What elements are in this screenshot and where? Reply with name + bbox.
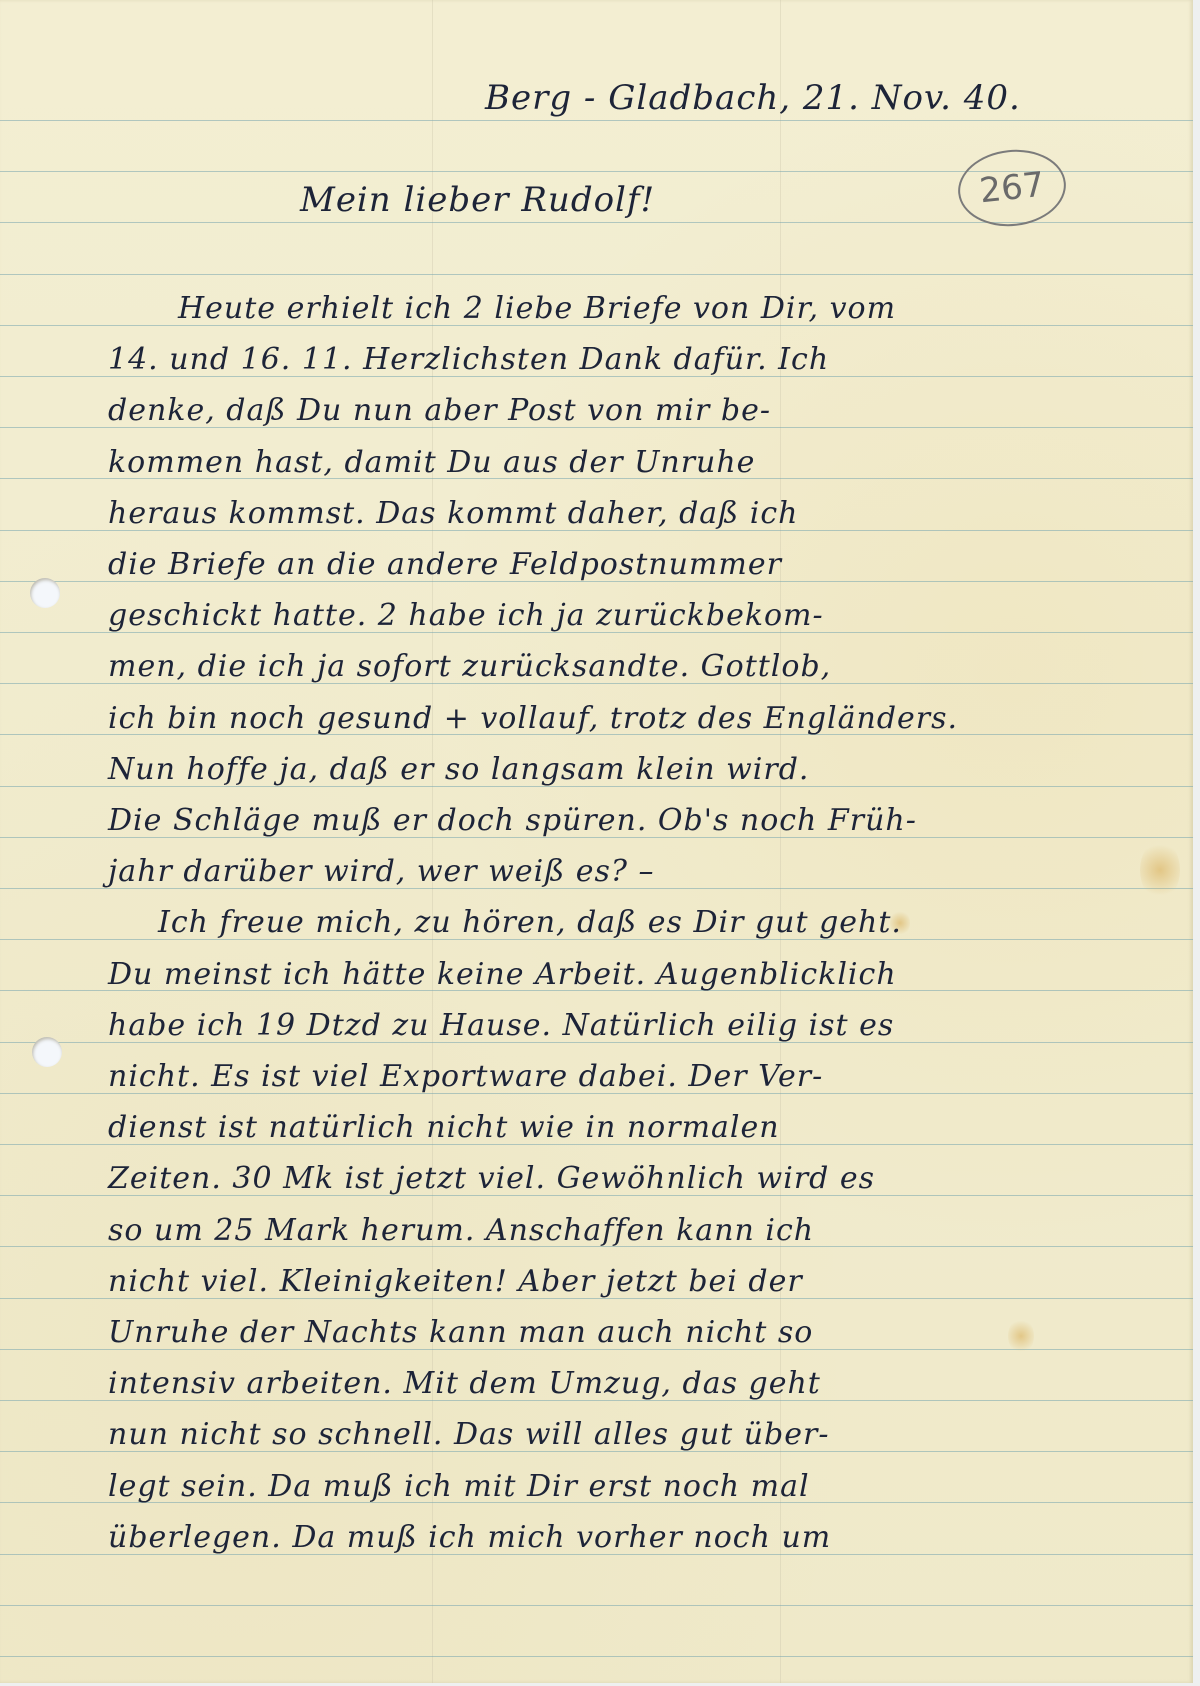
letter-line: Ich freue mich, zu hören, daß es Dir gut… xyxy=(158,905,902,940)
punch-hole xyxy=(32,1037,62,1067)
paper-stain xyxy=(1140,840,1180,900)
ruled-line xyxy=(0,120,1193,121)
archive-number-circled: 267 xyxy=(954,145,1069,232)
letter-line: Heute erhielt ich 2 liebe Briefe von Dir… xyxy=(178,291,896,326)
letter-line: jahr darüber wird, wer weiß es? – xyxy=(108,854,655,889)
ruled-line xyxy=(0,1605,1193,1606)
letter-line: denke, daß Du nun aber Post von mir be- xyxy=(108,393,771,428)
ruled-line xyxy=(0,274,1193,275)
letter-line: nicht viel. Kleinigkeiten! Aber jetzt be… xyxy=(108,1264,803,1299)
punch-hole xyxy=(30,578,60,608)
letter-line: nun nicht so schnell. Das will alles gut… xyxy=(108,1417,829,1452)
letter-line: kommen hast, damit Du aus der Unruhe xyxy=(108,445,755,480)
letter-line: heraus kommst. Das kommt daher, daß ich xyxy=(108,496,798,531)
letter-line: so um 25 Mark herum. Anschaffen kann ich xyxy=(108,1213,814,1248)
letter-line: die Briefe an die andere Feldpostnummer xyxy=(108,547,782,582)
letter-line: überlegen. Da muß ich mich vorher noch u… xyxy=(108,1520,831,1555)
place-date: Berg - Gladbach, 21. Nov. 40. xyxy=(485,78,1021,118)
letter-line: intensiv arbeiten. Mit dem Umzug, das ge… xyxy=(108,1366,821,1401)
paper-stain xyxy=(1008,1318,1034,1354)
letter-line: Zeiten. 30 Mk ist jetzt viel. Gewöhnlich… xyxy=(108,1161,875,1196)
letter-line: geschickt hatte. 2 habe ich ja zurückbek… xyxy=(108,598,824,633)
letter-line: nicht. Es ist viel Exportware dabei. Der… xyxy=(108,1059,823,1094)
salutation: Mein lieber Rudolf! xyxy=(300,180,655,220)
ruled-line xyxy=(0,1656,1193,1657)
letter-line: 14. und 16. 11. Herzlichsten Dank dafür.… xyxy=(108,342,829,377)
letter-line: dienst ist natürlich nicht wie in normal… xyxy=(108,1110,780,1145)
letter-line: ich bin noch gesund + vollauf, trotz des… xyxy=(108,701,958,736)
letter-line: Nun hoffe ja, daß er so langsam klein wi… xyxy=(108,752,809,787)
archive-number: 267 xyxy=(978,165,1047,212)
letter-line: Unruhe der Nachts kann man auch nicht so xyxy=(108,1315,813,1350)
letter-line: habe ich 19 Dtzd zu Hause. Natürlich eil… xyxy=(108,1008,894,1043)
letter-line: legt sein. Da muß ich mit Dir erst noch … xyxy=(108,1469,810,1504)
letter-line: Du meinst ich hätte keine Arbeit. Augenb… xyxy=(108,957,897,992)
letter-paper: Berg - Gladbach, 21. Nov. 40. 267 Mein l… xyxy=(0,0,1193,1683)
letter-line: Die Schläge muß er doch spüren. Ob's noc… xyxy=(108,803,917,838)
letter-line: men, die ich ja sofort zurücksandte. Got… xyxy=(108,649,831,684)
